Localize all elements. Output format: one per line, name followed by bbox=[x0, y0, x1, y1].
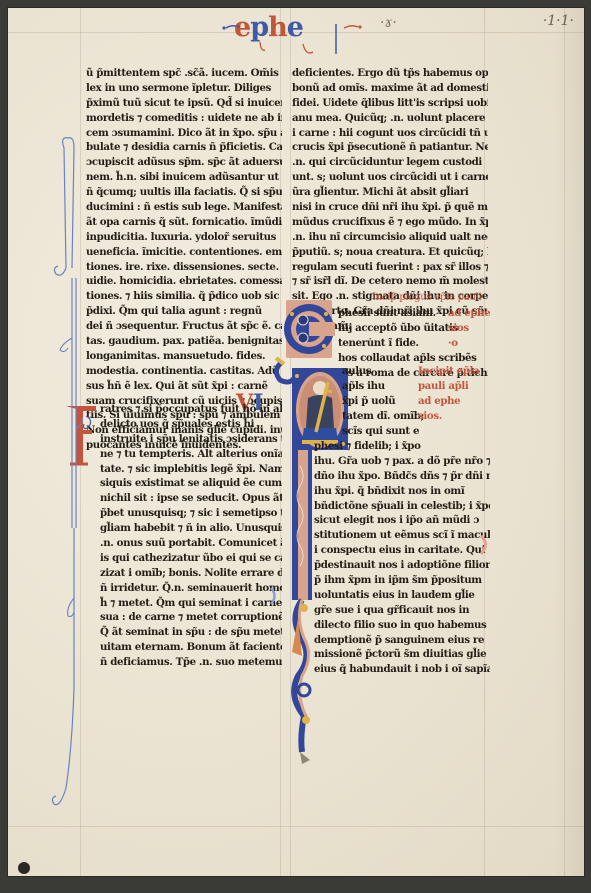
epistle-line: uoluntatis eius in laudem gl̃ie bbox=[314, 588, 490, 603]
epistle-line: missionẽ p̃ctorũ s̃m diuitias gl̃ie bbox=[314, 647, 490, 662]
left-column-ch6-line: ne ⁊ tu tempteris. Alt alterius onĩa por bbox=[100, 447, 282, 462]
left-column-ch6-line: nichil sit : ipse se seducit. Opus ãt su… bbox=[100, 491, 282, 506]
epistle-line: sicut elegit nos i ip̃o añ mũdi ɔ bbox=[314, 513, 490, 528]
left-column-ch6-line: siquis existimat se aliquid ẽe cum bbox=[100, 476, 282, 491]
right-column-line: deficientes. Ergo dũ tp̃s habemus operem… bbox=[292, 66, 488, 81]
right-column-line: .n. ihu nĩ circumcisio aliquid ualt neq; bbox=[292, 230, 488, 245]
left-column-ch6-line: delicto uos q̃ sp̃uales estis h̃i bbox=[100, 417, 282, 432]
left-column-line: tiones. ⁊ hiis similia. q̃ p̃dico uob si… bbox=[86, 289, 282, 304]
left-column-line: ueneficia. ĩmicitie. contentiones. emula bbox=[86, 245, 282, 260]
parchment-hole-icon bbox=[14, 858, 34, 878]
left-column-line: nem. h̃.n. sibi inuicem adũsantur ut bbox=[86, 170, 282, 185]
right-column-line: unt. s; uolunt uos circũcidi ut i carne bbox=[292, 170, 488, 185]
left-column-line: lex in uno sermone ĩpletur. Diliges bbox=[86, 81, 282, 96]
epistle-line: dño ihu x̃po. Bñdc̃s dñs ⁊ p̃r dñi nr̃i bbox=[314, 469, 490, 484]
left-column-line: modestia. continentia. castitas. Adũ bbox=[86, 364, 282, 379]
left-column-line: cem ɔsumamini. Dico ãt in x̃po. sp̃u am bbox=[86, 126, 282, 141]
left-column-ch6-line: ñ irridetur. Q̃.n. seminauerit homo. bbox=[100, 581, 282, 596]
left-column-line: uidie. homicidia. ebrietates. comessa bbox=[86, 274, 282, 289]
prologue-rubric: Incip̃ plogus ep̃le pauli bbox=[372, 291, 492, 306]
left-column-ch6-line: Q̃ ãt seminat in sp̃u : de sp̃u metet bbox=[100, 625, 282, 640]
left-column-line: tiones. ire. rixe. dissensiones. secte. … bbox=[86, 260, 282, 275]
left-column-ch6-line: is qui cathezizatur ũbo ei qui se cathe bbox=[100, 551, 282, 566]
epistle-line: p̃ ihm x̃pm in ip̃m s̃m p̃positum bbox=[314, 573, 490, 588]
right-column-line: fidei. Uidete q̃libus litt'is scripsi uo… bbox=[292, 96, 488, 111]
left-column-line: ãt opa carnis q̃ sũt. fornicatio. ĩmũdit… bbox=[86, 215, 282, 230]
epistle-line: ihu. Gr̃a uob ⁊ pax. a dõ pr̃e nr̃o ⁊ bbox=[314, 454, 490, 469]
incipit-rubric-line-2: pauli ap̃li bbox=[418, 379, 492, 394]
epistle-line: scĩs qui sunt e bbox=[342, 424, 442, 439]
epistle-line: i conspectu eius in caritate. Qui bbox=[314, 543, 490, 558]
left-column-line: ũ p̃mittentem spc̃ .sc̃ã. iucem. Om̃is e… bbox=[86, 66, 282, 81]
epistle-line: demptionẽ p̃ sanguinem eius re bbox=[314, 633, 490, 648]
right-column-line: ⁊ sr̃ isr̃l dĩ. De cetero nemo m̃ molest… bbox=[292, 274, 488, 289]
side-rubric-line-3: ·o bbox=[448, 336, 498, 351]
folio-number: ·1·1· bbox=[543, 13, 574, 29]
left-column-ch6-line: gl̃iam habebit ⁊ ñ in alio. Unusquisq; bbox=[100, 521, 282, 536]
left-column-ch6-line: p̃bet unusquisq; ⁊ sic i semetipso tñ bbox=[100, 506, 282, 521]
manuscript-leaf: ephe ·ɤ· ·1·1· ũ p̃mittentem spc̃ .sc̃ã.… bbox=[8, 8, 584, 876]
right-column-line: anu mea. Quicũq; .n. uolunt placere bbox=[292, 111, 488, 126]
left-column-line: inpudicitia. luxuria. ydolor̃ seruitus bbox=[86, 230, 282, 245]
incipit-rubric-line-1: Incipit ep̃la bbox=[418, 364, 492, 379]
running-head-flourish-icon bbox=[218, 14, 518, 54]
left-column-chapter-6-text: ratres ⁊ si p̃occupatus fuit hõ in aliqd… bbox=[100, 402, 282, 670]
epistle-line: bñdictõne sp̃uali in celestib; i x̃po. bbox=[314, 499, 490, 514]
right-column-line: mũdus crucifixus ẽ ⁊ ego mũdo. In x̃po bbox=[292, 215, 488, 230]
left-column-ch6-line: h̃ ⁊ metet. Q̃m qui seminat i carne bbox=[100, 596, 282, 611]
right-column-line: bonũ ad omĩs. maxime ãt ad domesticos bbox=[292, 81, 488, 96]
left-column-line: longanimitas. mansuetudo. fides. bbox=[86, 349, 282, 364]
right-column-line: nisi in cruce dñi nr̃i ihu x̃pi. p̃ quẽ … bbox=[292, 200, 488, 215]
left-column-ch6-line: .n. onus suũ portabit. Comunicet ãt bbox=[100, 536, 282, 551]
epistle-line: p̃destinauit nos i adoptiõne filiorũ bbox=[314, 558, 490, 573]
pen-flourish-left-margin-icon bbox=[38, 128, 88, 828]
left-column-line: p̃dixi. Q̃m qui talia agunt : regnũ bbox=[86, 304, 282, 319]
epistle-text-main: phesi ⁊ fidelib; i x̃poihu. Gr̃a uob ⁊ p… bbox=[314, 439, 490, 677]
left-column-line: tas. gaudium. pax. patiẽa. benignitas. bbox=[86, 334, 282, 349]
top-right-marks: ·ɤ· bbox=[380, 15, 397, 31]
incipit-rubric-line-4: sios. bbox=[418, 409, 492, 424]
right-column-line: crucis x̃pi p̃secutionẽ ñ patiantur. Neq… bbox=[292, 140, 488, 155]
left-column-line: dei ñ ɔsequentur. Fructus ãt sp̃c ẽ. car… bbox=[86, 319, 282, 334]
left-column-ch6-line: tate. ⁊ sic implebitis legẽ x̃pi. Nam bbox=[100, 462, 282, 477]
epistle-line: eius q̃ habundauit i nob i oĩ sapĩa bbox=[314, 662, 490, 677]
incipit-rubric-line-3: ad ephe bbox=[418, 394, 492, 409]
left-column-ch6-line: zizat i omĩb; bonis. Nolite errare deus bbox=[100, 566, 282, 581]
left-column-ch6-line: ñ deficiamus. Tp̃e .n. suo metemus ñ bbox=[100, 655, 282, 670]
side-rubric-line-1: ad ephe bbox=[448, 306, 498, 321]
epistle-incipit-rubric: Incipit ep̃la pauli ap̃li ad ephe sios. bbox=[418, 364, 492, 424]
epistle-line: phesi ⁊ fidelib; i x̃po bbox=[314, 439, 490, 454]
left-column-line: bulate ⁊ desidia carnis ñ p̃ficietis. Ca… bbox=[86, 140, 282, 155]
side-rubric: ad ephe sios ·o bbox=[448, 306, 498, 351]
right-column-line: ũra gl̃ientur. Michi ãt absit gl̃iari bbox=[292, 185, 488, 200]
left-column-line: p̃ximũ tuũ sicut te ipsũ. Qd̃ si inuicem bbox=[86, 96, 282, 111]
epistle-line: ihu x̃pi. q̃ bñdixit nos in omĩ bbox=[314, 484, 490, 499]
side-rubric-line-2: sios bbox=[448, 321, 498, 336]
ruling-line-bottom bbox=[8, 826, 584, 827]
ruling-line-outer bbox=[564, 8, 565, 876]
right-column-line: regulam secuti fuerint : pax sr̃ illos ⁊… bbox=[292, 260, 488, 275]
rubric-line: Incip̃ plogus ep̃le pauli bbox=[372, 291, 492, 306]
right-column-line: .n. qui circũciduntur legem custodi bbox=[292, 155, 488, 170]
left-column-ch6-line: instruite i sp̃u lenitatis ɔsiderans te … bbox=[100, 432, 282, 447]
epistle-line: gr̃e sue i qua gr̃ficauit nos in bbox=[314, 603, 490, 618]
left-column-line: mordetis ⁊ comeditis : uidete ne ab inui bbox=[86, 111, 282, 126]
left-column-ch6-line: sua : de carne ⁊ metet corruptionẽ. bbox=[100, 610, 282, 625]
left-column-ch6-line: ratres ⁊ si p̃occupatus fuit hõ in aliq bbox=[100, 402, 282, 417]
epistle-line: dilecto filio suo in quo habemus re bbox=[314, 618, 490, 633]
right-column-line: i carne : hii cogunt uos circũcidi tñ ut bbox=[292, 126, 488, 141]
epistle-line: stitutionem ut eẽmus scĩ ı̃ maculati bbox=[314, 528, 490, 543]
left-column-ch6-line: uitam eternam. Bonum ãt facientes bbox=[100, 640, 282, 655]
right-column-line: p̃putiũ. s; noua creatura. Et quicũq; hã… bbox=[292, 245, 488, 260]
left-column-line: ɔcupiscit adũsus sp̃m. sp̃c ãt aduersus … bbox=[86, 155, 282, 170]
left-column-line: ñ q̃cumq; uultis illa faciatis. Q̃ si sp… bbox=[86, 185, 282, 200]
paragraph-mark-right-icon bbox=[478, 534, 492, 556]
left-column-line: ducimini : ñ estis sub lege. Manifesta bbox=[86, 200, 282, 215]
